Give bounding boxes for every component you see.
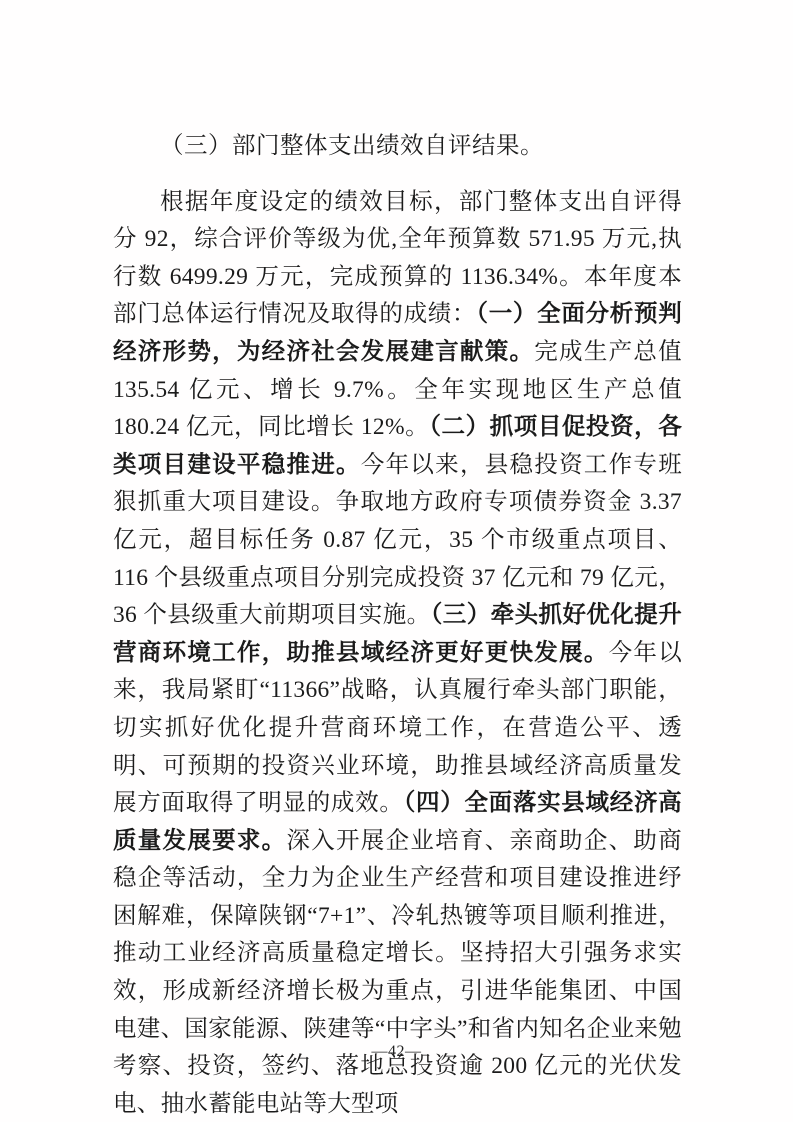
body-paragraph: 根据年度设定的绩效目标，部门整体支出自评得分 92，综合评价等级为优,全年预算数…	[113, 184, 682, 1122]
text-run: 深入开展企业培育、亲商助企、助商稳企等活动，全力为企业生产经营和项目建设推进纾困…	[113, 828, 682, 1117]
document-page: （三）部门整体支出绩效自评结果。 根据年度设定的绩效目标，部门整体支出自评得分 …	[0, 0, 793, 1122]
section-heading: （三）部门整体支出绩效自评结果。	[113, 128, 682, 166]
page-content: （三）部门整体支出绩效自评结果。 根据年度设定的绩效目标，部门整体支出自评得分 …	[113, 128, 682, 1122]
page-number: —42—	[0, 1042, 793, 1062]
